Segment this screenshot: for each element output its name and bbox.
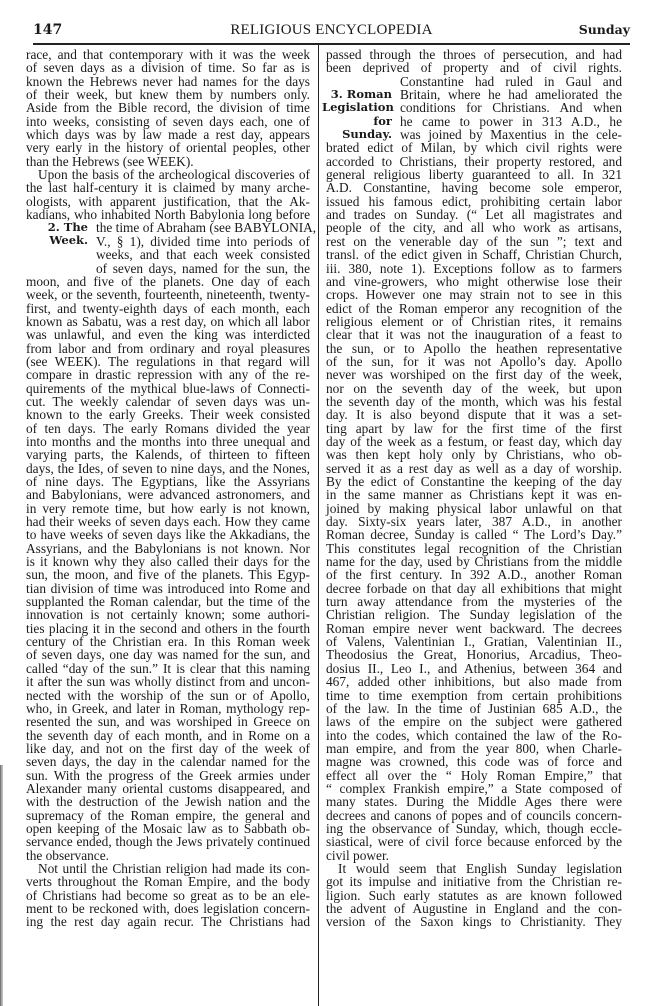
text-line: 467, added other inhibitions, but also m… bbox=[326, 675, 622, 688]
text-line: A.D. Constantine, having become sole emp… bbox=[326, 181, 622, 194]
text-line: had their weeks of seven days each. How … bbox=[26, 515, 310, 528]
text-line: race, and that contemporary with it was … bbox=[26, 48, 310, 61]
text-line: version of the Saxon kings to Christiani… bbox=[326, 915, 622, 928]
text-line: into weeks, consisting of seven days eac… bbox=[26, 115, 310, 128]
text-line: effect all over the “ Holy Roman Empire,… bbox=[326, 769, 622, 782]
text-line: turn away attendance from the mysteries … bbox=[326, 595, 622, 608]
text-line: general religious liberty guaranteed to … bbox=[326, 168, 622, 181]
text-line: servance ended, though the Jews privatel… bbox=[26, 835, 310, 848]
text-line: people of the city, and all who work as … bbox=[326, 221, 622, 234]
text-line: ment to be reckoned with, does legislati… bbox=[26, 902, 310, 915]
text-line: been deprived of property and of civil r… bbox=[326, 61, 622, 74]
text-line: the observance. bbox=[26, 849, 310, 862]
text-line: day. It is also beyond dispute that it w… bbox=[326, 408, 622, 421]
text-line: into the codes, which contained the law … bbox=[326, 729, 622, 742]
text-line: man empire, and from the year 800, when … bbox=[326, 742, 622, 755]
text-line: brated edict of Milan, by which civil ri… bbox=[326, 141, 622, 154]
text-line: Constantine had ruled in Gaul and bbox=[326, 75, 622, 88]
text-line: he came to power in 313 A.D., he bbox=[326, 115, 622, 128]
text-line: of seven days, one day was named for the… bbox=[26, 648, 310, 661]
text-line: tian division of time was introduced int… bbox=[26, 582, 310, 595]
text-line: the last half-century it is claimed by m… bbox=[26, 181, 310, 194]
text-line: it after the sun was wholly distinct fro… bbox=[26, 675, 310, 688]
text-line: Theodosius the Great, Honorius, Arcadius… bbox=[326, 648, 622, 661]
text-line: who, in Greek, and later in Roman, mytho… bbox=[26, 702, 310, 715]
text-line: Not until the Christian religion had mad… bbox=[26, 862, 310, 875]
text-line: was then kept holy only by Christians, w… bbox=[326, 448, 622, 461]
text-line: known to the early Greeks. Their week co… bbox=[26, 408, 310, 421]
text-line: Assyrians, and the Babylonians is not kn… bbox=[26, 542, 310, 555]
text-line: into months and the months into three un… bbox=[26, 435, 310, 448]
text-line: of their week, but knew them by numbers … bbox=[26, 88, 310, 101]
text-line: of seven days as a division of time. So … bbox=[26, 61, 310, 74]
text-line: of Christians had become so great as to … bbox=[26, 889, 310, 902]
text-line: decrees and canons of popes and of counc… bbox=[326, 809, 622, 822]
text-line: of the sun, for it was not Apollo’s day.… bbox=[326, 355, 622, 368]
text-line: It would seem that English Sunday legisl… bbox=[326, 862, 622, 875]
text-line: ing the rest day again recur. The Christ… bbox=[26, 915, 310, 928]
text-line: supremacy of the Roman empire, the gener… bbox=[26, 809, 310, 822]
text-line: religious element or of Christian rites,… bbox=[326, 315, 622, 328]
text-line: laws of the empire on the subject were g… bbox=[326, 715, 622, 728]
text-line: from labor and from ordinary and royal p… bbox=[26, 342, 310, 355]
text-line: was unlawful, and even the king was inte… bbox=[26, 328, 310, 341]
text-line: siastical, were of civil force because e… bbox=[326, 835, 622, 848]
text-line: transl. of the edict given in Schaff, Ch… bbox=[326, 248, 622, 261]
text-line: varying parts, the Kalends, of thirteen … bbox=[26, 448, 310, 461]
text-line: civil power. bbox=[326, 849, 622, 862]
text-line: known the Hebrews never had names for th… bbox=[26, 75, 310, 88]
text-line: of nine days. The Egyptians, like the As… bbox=[26, 475, 310, 488]
text-line: decree forbade on that day all exhibitio… bbox=[326, 582, 622, 595]
text-line: ing the observance of Sunday, which, tho… bbox=[326, 822, 622, 835]
text-line: very early in the history of oriental pe… bbox=[26, 141, 310, 154]
text-line: conditions for Christians. And when bbox=[326, 101, 622, 114]
text-line: called “day of the sun.” It is clear tha… bbox=[26, 662, 310, 675]
text-line: issued his famous edict, prohibiting cer… bbox=[326, 195, 622, 208]
left-column: race, and that contemporary with it was … bbox=[26, 48, 310, 929]
text-line: ties placing it in the second and others… bbox=[26, 622, 310, 635]
text-line: Roman decree, Sunday is called “ The Lor… bbox=[326, 528, 622, 541]
text-line: never was worshiped on the first day of … bbox=[326, 368, 622, 381]
scan-edge-artifact bbox=[0, 765, 3, 1006]
text-line: cut. The weekly calendar of seven days w… bbox=[26, 395, 310, 408]
text-line: supplanted the Roman calendar, but the t… bbox=[26, 595, 310, 608]
text-line: nor on the seventh day of the week, but … bbox=[326, 382, 622, 395]
text-line: kadians, who inhabited North Babylonia l… bbox=[26, 208, 310, 221]
text-line: weeks, and that each week consisted bbox=[26, 248, 310, 261]
text-line: Upon the basis of the archeological disc… bbox=[26, 168, 310, 181]
text-line: many states. During the Middle Ages ther… bbox=[326, 795, 622, 808]
text-line: Roman empire never went backward. The de… bbox=[326, 622, 622, 635]
text-line: and Babylonians, were advanced astronome… bbox=[26, 488, 310, 501]
text-line: day of the week as a festum, or feast da… bbox=[326, 435, 622, 448]
text-line: iii. 380, note 1). Exceptions follow as … bbox=[326, 262, 622, 275]
text-line: of Valens, Valentinian I., Gratian, Vale… bbox=[326, 635, 622, 648]
text-line: clear that it was not the inauguration o… bbox=[326, 328, 622, 341]
text-line: accorded to Christians, their property r… bbox=[326, 155, 622, 168]
text-line: magne was crowned, this code was of forc… bbox=[326, 755, 622, 768]
text-line: is it known why they also called their d… bbox=[26, 555, 310, 568]
text-line: Aside from the Bible record, the divisio… bbox=[26, 101, 310, 114]
text-line: innovation is not certainly known; some … bbox=[26, 608, 310, 621]
running-title: RELIGIOUS ENCYCLOPEDIA bbox=[33, 22, 630, 39]
text-line: time to time exemption from certain proh… bbox=[326, 689, 622, 702]
text-line: nected with the worship of the sun or of… bbox=[26, 689, 310, 702]
text-line: compare in drastic repression with any o… bbox=[26, 368, 310, 381]
text-line: passed through the throes of persecution… bbox=[326, 48, 622, 61]
text-line: “ complex Frankish empire,” a State comp… bbox=[326, 782, 622, 795]
text-line: sun, the moon, and five of the planets. … bbox=[26, 568, 310, 581]
text-line: and trades on Sunday. (“ Let all magistr… bbox=[326, 208, 622, 221]
text-line: rest on the venerable day of the sun ”; … bbox=[326, 235, 622, 248]
text-line: with the destruction of the Jewish natio… bbox=[26, 795, 310, 808]
text-line: V., § 1), divided time into periods of bbox=[26, 235, 310, 248]
text-line: day. Sixty-six years later, 387 A.D., in… bbox=[326, 515, 622, 528]
text-line: seven days, the day in the calendar name… bbox=[26, 755, 310, 768]
text-line: name for the day, used by Christians fro… bbox=[326, 555, 622, 568]
text-line: the seventh day of each month, and in Ro… bbox=[26, 729, 310, 742]
text-line: of ten days. The early Romans divided th… bbox=[26, 422, 310, 435]
text-line: edict of the Roman emperor any recogniti… bbox=[326, 302, 622, 315]
text-line: than the Hebrews (see WEEK). bbox=[26, 155, 310, 168]
text-line: of the first century. In 392 A.D., anoth… bbox=[326, 568, 622, 581]
text-line: in the same manner as Christians kept it… bbox=[326, 488, 622, 501]
text-line: century of the Christian era. In this Ro… bbox=[26, 635, 310, 648]
page-header: 147 RELIGIOUS ENCYCLOPEDIA Sunday bbox=[33, 22, 630, 42]
column-divider bbox=[318, 45, 319, 1006]
text-line: days, the Ides, of seven to nine days, a… bbox=[26, 462, 310, 475]
text-line: This constitutes legal recognition of th… bbox=[326, 542, 622, 555]
text-line: By the edict of Constantine the keeping … bbox=[326, 475, 622, 488]
text-line: ologists, with apparent justification, t… bbox=[26, 195, 310, 208]
text-line: moon, and five of the planets. One day o… bbox=[26, 275, 310, 288]
text-line: open keeping of the Mosaic law as to Sab… bbox=[26, 822, 310, 835]
text-line: quirements of the mythical blue-laws of … bbox=[26, 382, 310, 395]
text-line: the sun, or to Apollo the heathen repres… bbox=[326, 342, 622, 355]
text-line: Britain, where he had ameliorated the bbox=[326, 88, 622, 101]
text-line: and vine-growers, who might otherwise lo… bbox=[326, 275, 622, 288]
text-line: ligion. Such early statutes as are known… bbox=[326, 889, 622, 902]
text-line: crops. However one may strain not to see… bbox=[326, 288, 622, 301]
section-title: Sunday bbox=[579, 22, 630, 37]
text-line: of the law. In the time of Justinian 685… bbox=[326, 702, 622, 715]
text-line: Christian religion. The Sunday legislati… bbox=[326, 608, 622, 621]
text-line: the time of Abraham (see BABYLONIA, bbox=[26, 221, 310, 234]
right-column: passed through the throes of persecution… bbox=[326, 48, 622, 929]
text-line: verts throughout the Roman Empire, and t… bbox=[26, 875, 310, 888]
text-line: dosius II., Leo I., and Athenius, betwee… bbox=[326, 662, 622, 675]
text-line: of seven days, named for the sun, the bbox=[26, 262, 310, 275]
text-line: in very remote time, but how early is no… bbox=[26, 502, 310, 515]
text-line: the seventh day of the month, which was … bbox=[326, 395, 622, 408]
text-line: to have weeks of seven days like the Akk… bbox=[26, 528, 310, 541]
text-line: was joined by Maxentius in the cele- bbox=[326, 128, 622, 141]
text-line: Alexander many oriental customs disappea… bbox=[26, 782, 310, 795]
text-line: week, or the seventh, fourteenth, ninete… bbox=[26, 288, 310, 301]
text-line: ting apart by law for the first time of … bbox=[326, 422, 622, 435]
text-line: sun. With the progress of the Greek armi… bbox=[26, 769, 310, 782]
text-line: like day, and not on the first day of th… bbox=[26, 742, 310, 755]
text-line: got its impulse and initiative from the … bbox=[326, 875, 622, 888]
text-line: resented the sun, and was worshiped in G… bbox=[26, 715, 310, 728]
header-rule bbox=[33, 43, 630, 45]
text-line: which days was by law made a rest day, a… bbox=[26, 128, 310, 141]
text-line: joined by making physical labor unlawful… bbox=[326, 502, 622, 515]
text-line: known as Sabatu, was a rest day, on whic… bbox=[26, 315, 310, 328]
text-line: first, and twenty-eighth days of each mo… bbox=[26, 302, 310, 315]
text-line: served it as a rest day as well as a day… bbox=[326, 462, 622, 475]
text-line: (see WEEK). The regulations in that rega… bbox=[26, 355, 310, 368]
text-line: the advent of Augustine in England and t… bbox=[326, 902, 622, 915]
